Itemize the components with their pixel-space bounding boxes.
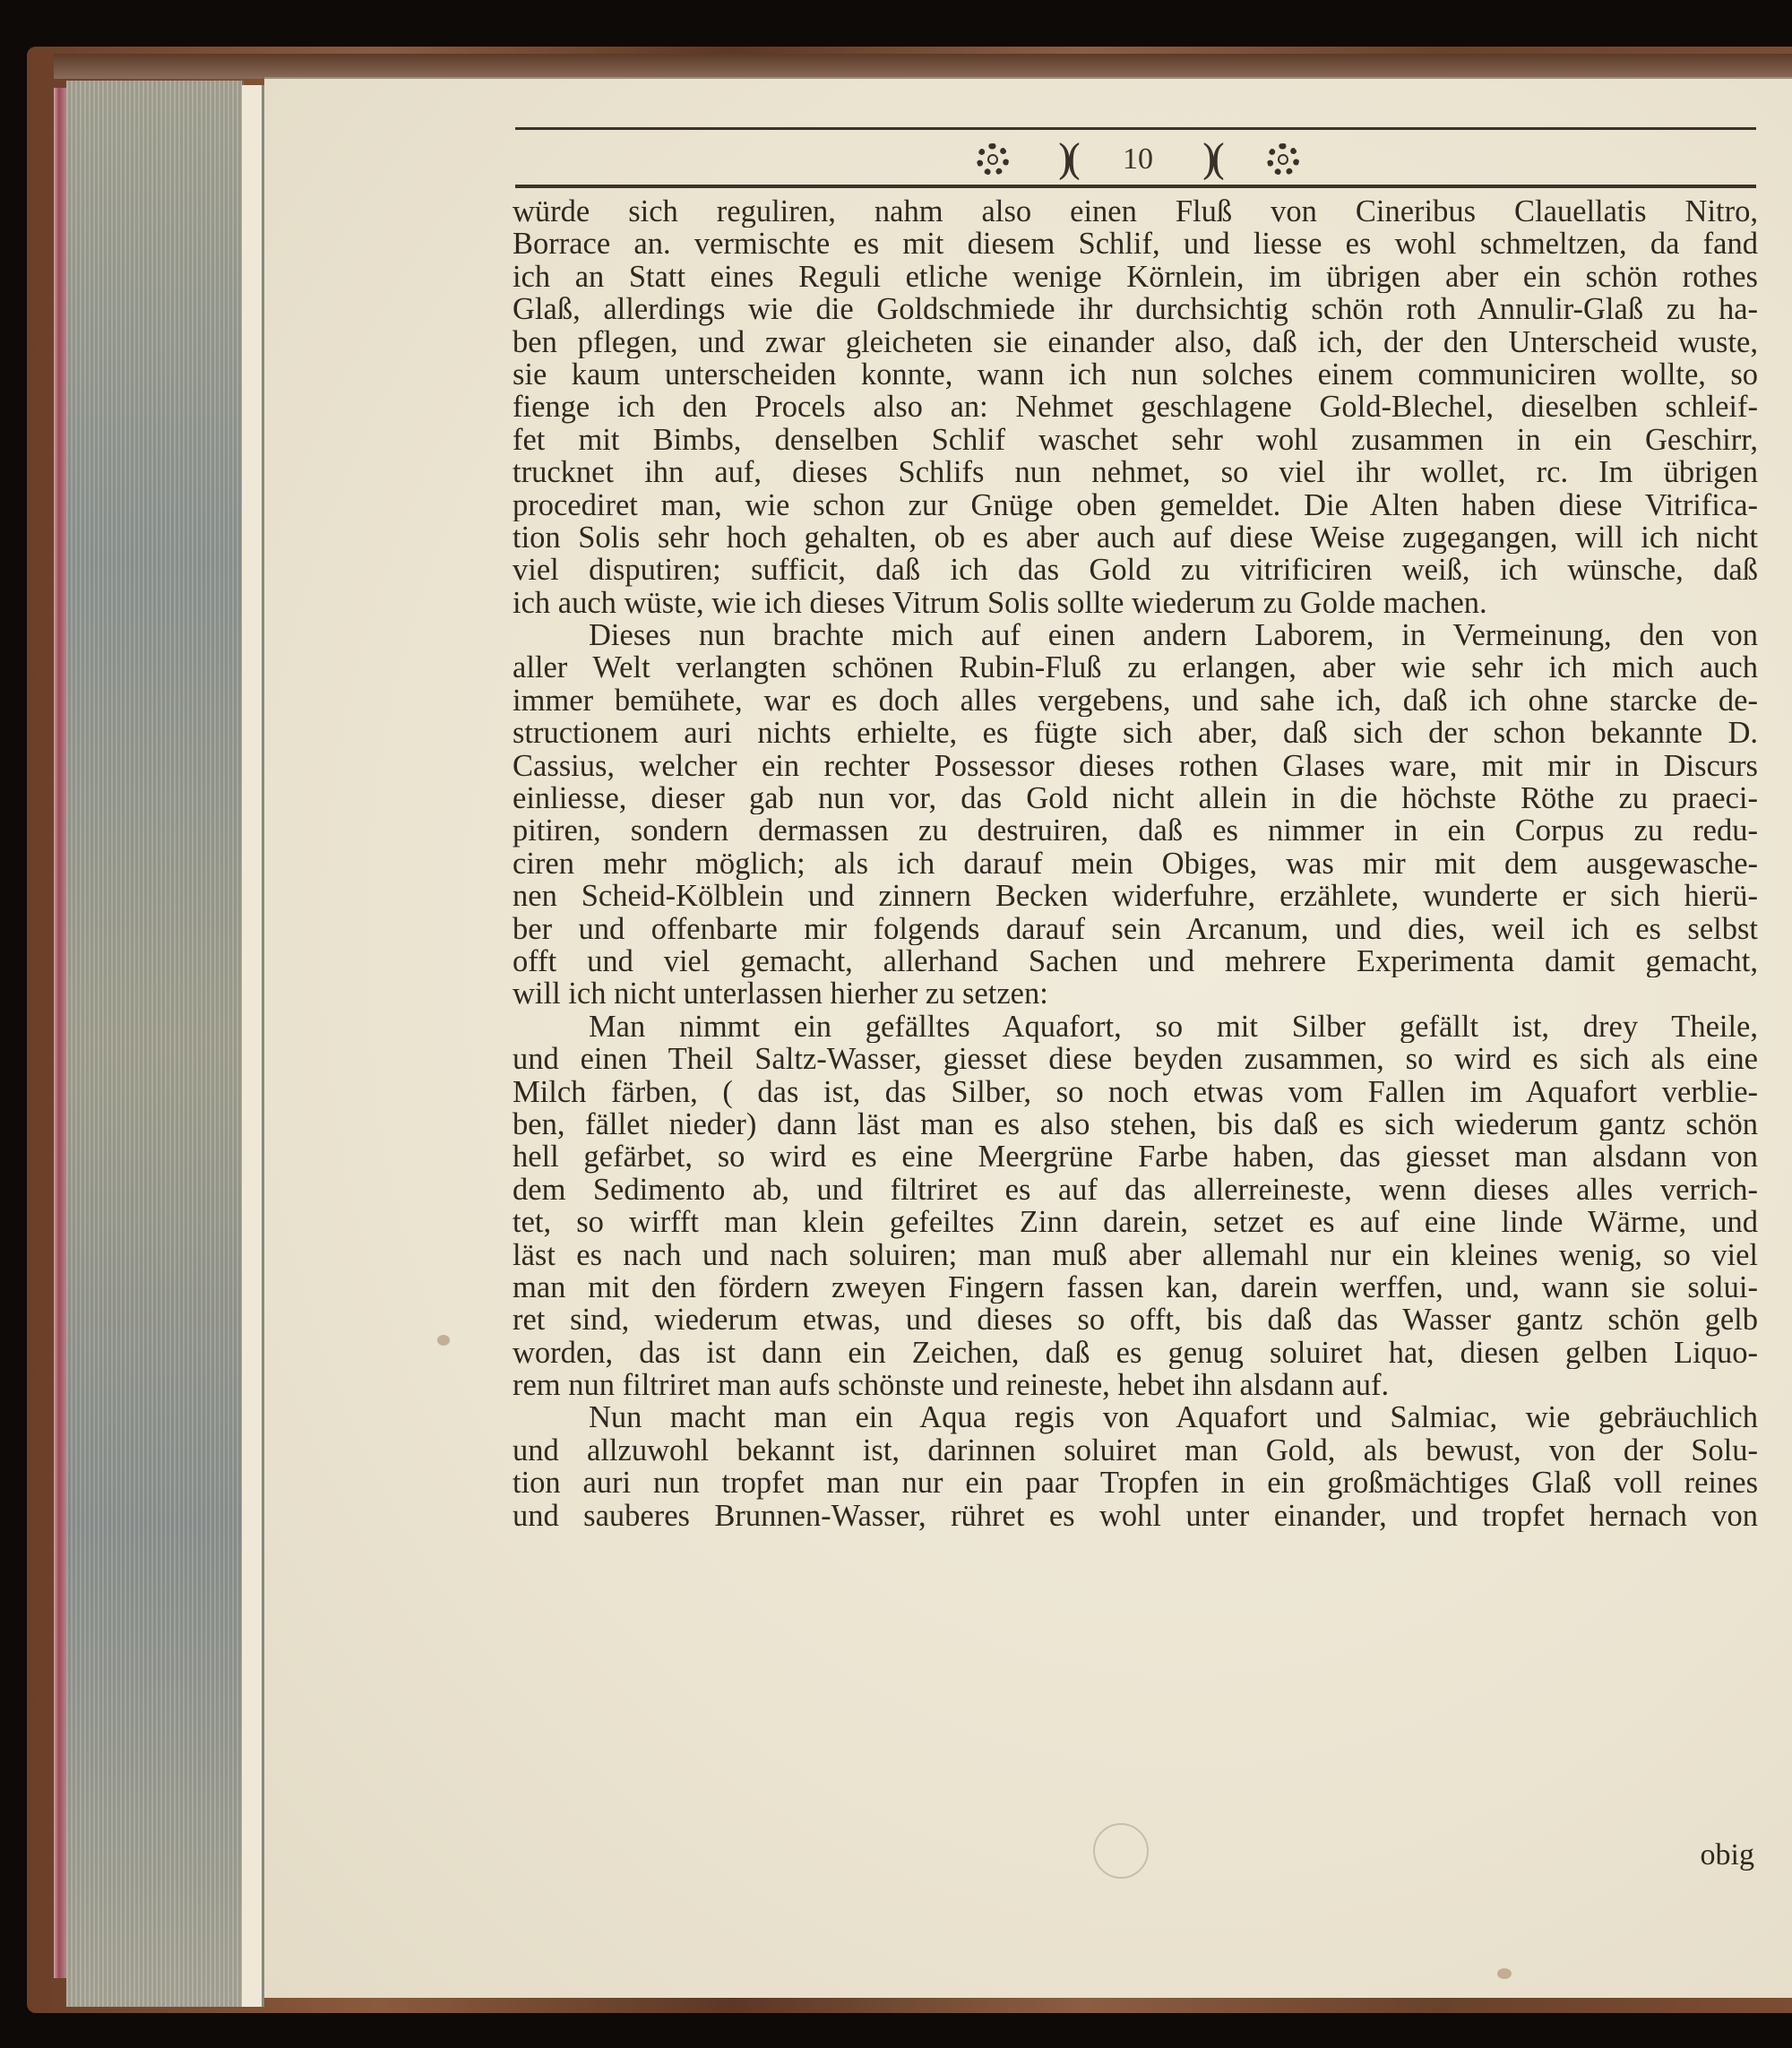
page-stack-inner-edge [242, 85, 264, 2007]
page-stack-fore-edge [66, 81, 244, 2007]
text-line: und einen Theil Saltz-Wasser, giesset di… [513, 1043, 1758, 1075]
paper-stain [437, 1335, 450, 1346]
text-line: würde sich reguliren, nahm also einen Fl… [513, 195, 1758, 228]
text-line: ret sind, wiederum etwas, und dieses so … [513, 1304, 1758, 1336]
page-number: 10 [1123, 142, 1153, 176]
text-line: ben, fället nieder) dann läst man es als… [513, 1108, 1758, 1140]
text-line: pitiren, sondern dermassen zu destruiren… [513, 814, 1758, 847]
library-stamp-icon [1093, 1823, 1149, 1879]
text-line: aller Welt verlangten schönen Rubin-Fluß… [513, 651, 1758, 684]
text-line: Milch färben, ( das ist, das Silber, so … [513, 1076, 1758, 1108]
text-line: Man nimmt ein gefälltes Aquafort, so mit… [513, 1011, 1758, 1043]
text-line: Cassius, welcher ein rechter Possessor d… [513, 750, 1758, 782]
rosette-ornament-icon [977, 143, 1009, 176]
text-line: nen Scheid-Kölblein und zinnern Becken w… [513, 880, 1758, 912]
red-page-edge [54, 88, 66, 1978]
text-line: tion auri nun tropfet man nur ein paar T… [513, 1467, 1758, 1499]
text-line: ber und offenbarte mir folgends darauf s… [513, 913, 1758, 945]
text-line: hell gefärbet, so wird es eine Meergrüne… [513, 1140, 1758, 1173]
page-header: )( 10 )( [977, 134, 1299, 185]
bracket-right: )( [1202, 135, 1219, 184]
text-line: Nun macht man ein Aqua regis von Aquafor… [513, 1401, 1758, 1433]
text-line: viel disputiren; sufficit, daß ich das G… [513, 554, 1758, 586]
text-line: tet, so wirfft man klein gefeiltes Zinn … [513, 1206, 1758, 1238]
binding-top-edge [54, 54, 1792, 79]
text-line: ciren mehr möglich; als ich darauf mein … [513, 848, 1758, 880]
text-line: ich auch wüste, wie ich dieses Vitrum So… [513, 587, 1758, 619]
text-line: dem Sedimento ab, und filtriret es auf d… [513, 1174, 1758, 1206]
header-rule-bottom [515, 185, 1756, 188]
text-line: offt und viel gemacht, allerhand Sachen … [513, 945, 1758, 977]
text-line: procediret man, wie schon zur Gnüge oben… [513, 489, 1758, 521]
text-line: immer bemühete, war es doch alles vergeb… [513, 684, 1758, 717]
paper-stain [1497, 1968, 1512, 1979]
bracket-left: )( [1057, 135, 1075, 184]
text-line: läst es nach und nach soluiren; man muß … [513, 1239, 1758, 1271]
catchword: obig [1701, 1838, 1754, 1872]
text-line: einliesse, dieser gab nun vor, das Gold … [513, 782, 1758, 814]
body-text: würde sich reguliren, nahm also einen Fl… [513, 195, 1758, 1532]
text-line: tion Solis sehr hoch gehalten, ob es abe… [513, 521, 1758, 554]
text-line: Dieses nun brachte mich auf einen andern… [513, 619, 1758, 651]
text-line: fet mit Bimbs, denselben Schlif waschet … [513, 424, 1758, 456]
text-line: ich an Statt eines Reguli etliche wenige… [513, 261, 1758, 293]
text-line: und sauberes Brunnen-Wasser, rühret es w… [513, 1500, 1758, 1532]
rosette-ornament-icon [1267, 143, 1299, 176]
text-line: worden, das ist dann ein Zeichen, daß es… [513, 1337, 1758, 1369]
text-line: Borrace an. vermischte es mit diesem Sch… [513, 228, 1758, 260]
text-line: structionem auri nichts erhielte, es füg… [513, 717, 1758, 749]
text-line: sie kaum unterscheiden konnte, wann ich … [513, 358, 1758, 391]
text-line: und allzuwohl bekannt ist, darinnen solu… [513, 1434, 1758, 1467]
text-line: trucknet ihn auf, dieses Schlifs nun neh… [513, 456, 1758, 488]
text-line: man mit den fördern zweyen Fingern fasse… [513, 1271, 1758, 1304]
text-line: Glaß, allerdings wie die Goldschmiede ih… [513, 293, 1758, 325]
text-line: rem nun filtriret man aufs schönste und … [513, 1369, 1758, 1401]
text-line: will ich nicht unterlassen hierher zu se… [513, 977, 1758, 1010]
text-line: ben pflegen, und zwar gleicheten sie ein… [513, 326, 1758, 358]
header-rule-top [515, 127, 1756, 130]
text-line: fienge ich den Procels also an: Nehmet g… [513, 391, 1758, 423]
